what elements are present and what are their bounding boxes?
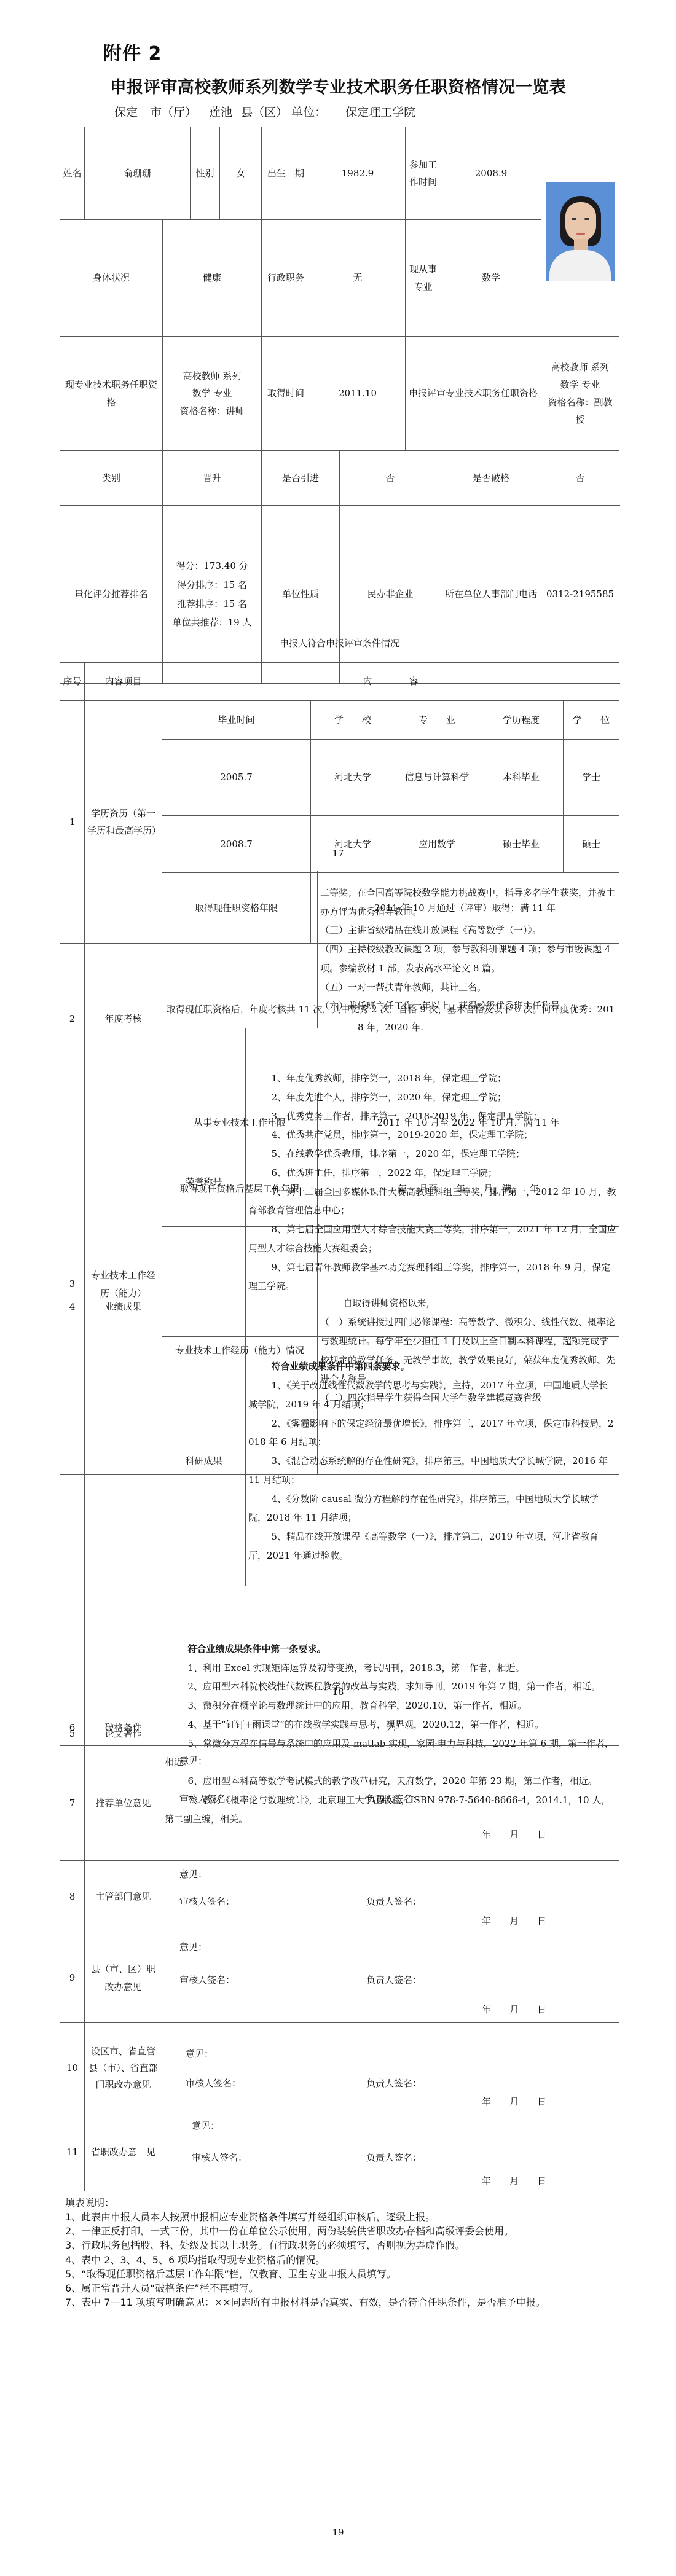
edu-header: 专 业: [395, 701, 479, 740]
ranking-line: 得分：173.40 分: [165, 557, 259, 576]
research-list: 符合业绩成果条件中第四条要求。 1、《关于改进线性代数教学的思考与实践》，主持，…: [246, 1337, 619, 1586]
opinion-cell[interactable]: 意见： 审核人签名： 负责人签名： 年 月 日: [162, 2023, 619, 2113]
col-no-header: 序号: [60, 663, 85, 701]
apply-title-line: 高校教师 系列: [544, 359, 616, 377]
opinion-label: 意见：: [186, 2045, 213, 2063]
opinion-label: 意见：: [179, 1866, 207, 1884]
name-value: 俞珊珊: [85, 127, 191, 220]
city-suffix: 市（厅）: [150, 106, 197, 119]
achievements-label: 业绩成果: [85, 1028, 162, 1586]
opinion-row-label: 推荐单位意见: [85, 1746, 162, 1861]
date-field: 年 月 日: [482, 2093, 546, 2111]
row-no: 7: [60, 1746, 85, 1861]
edu-cell: 河北大学: [311, 740, 395, 816]
apply-title-value: 高校教师 系列 数学 专业 资格名称：副教授: [541, 337, 619, 451]
honor-item: 1、年度优秀教师，排序第一，2018 年，保定理工学院；: [248, 1069, 616, 1088]
introduced-value: 否: [340, 451, 441, 506]
experience-paragraph: （四）主持校级教改课题 2 项，参与教科研课题 4 项；参与市级课题 4 项。参…: [320, 940, 616, 978]
county-value: 莲池: [200, 103, 241, 120]
col-content-header: 内 容: [162, 663, 619, 701]
conditions-section-title: 申报人符合申报评审条件情况: [60, 624, 619, 663]
current-major-value: 数学: [441, 220, 541, 337]
work-start-label: 参加工作时间: [406, 127, 441, 220]
obtain-time-value: 2011.10: [310, 337, 406, 451]
reviewer-signature-label: 审核人签名：: [179, 1971, 235, 1989]
honor-item: 2、年度先进个人，排序第一，2020 年，保定理工学院；: [248, 1088, 616, 1107]
research-item: 2、《雾霾影响下的保定经济最优增长》，排序第三，2017 年立项，保定市科技局，…: [248, 1414, 616, 1452]
honor-item: 7、第十二届全国多媒体课件大赛高教理科组三等奖，排序第一，2012 年 10 月…: [248, 1183, 616, 1221]
opinion-row-label: 主管部门意见: [85, 1861, 162, 1933]
reviewer-signature-label: 审核人签名：: [192, 2149, 247, 2167]
edu-cell: 信息与计算科学: [395, 740, 479, 816]
experience-paragraph: （三）主讲省级精品在线开放课程《高等数学（一）》。: [320, 921, 616, 940]
gender-value: 女: [220, 127, 262, 220]
opinion-cell[interactable]: 意见： 审核人签名： 负责人签名： 年 月 日: [162, 1933, 619, 2023]
leader-signature-label: 负责人签名：: [366, 2075, 422, 2093]
reviewer-signature-label: 审核人签名：: [179, 1893, 235, 1911]
birth-label: 出生日期: [262, 127, 310, 220]
edu-header: 学 校: [311, 701, 395, 740]
research-item: 3、《混合动态系统解的存在性研究》，排序第三，中国地质大学长城学院，2016 年…: [248, 1452, 616, 1490]
research-item: 5、精品在线开放课程《高等数学（一）》，排序第二，2019 年立项，河北省教育厅…: [248, 1527, 616, 1565]
date-field: 年 月 日: [482, 2001, 546, 2019]
edu-cell: 硕士毕业: [479, 816, 564, 873]
category-label: 类别: [60, 451, 163, 506]
current-title-line: 资格名称：讲师: [165, 402, 259, 420]
exceptional-label: 是否破格: [441, 451, 541, 506]
note-item: 5、“取得现任职资格后基层工作年限”栏，仅教育、卫生专业申报人员填写。: [65, 2267, 614, 2281]
obtain-time-label: 取得时间: [262, 337, 310, 451]
note-item: 6、属正常晋升人员“破格条件”栏不再填写。: [65, 2281, 614, 2295]
date-field: 年 月 日: [482, 1826, 546, 1844]
edu-cell: 学士: [564, 740, 619, 816]
leader-signature-label: 负责人签名：: [366, 2149, 422, 2167]
opinion-label: 意见：: [179, 1752, 207, 1770]
note-item: 2、一律正反打印，一式三份，其中一份在单位公示使用，两份装袋供省职改办存档和高级…: [65, 2224, 614, 2238]
row-no: 11: [60, 2113, 85, 2191]
unit-value: 保定理工学院: [326, 103, 434, 120]
reviewer-signature-label: 审核人签名：: [186, 2075, 241, 2093]
leader-signature-label: 负责人签名：: [366, 1971, 422, 1989]
leader-signature-label: 负责人签名：: [366, 1790, 422, 1808]
experience-paragraph: （五）一对一帮扶青年教师，共计三名。: [320, 978, 616, 997]
date-field: 年 月 日: [482, 2172, 546, 2190]
current-title-line: 高校教师 系列: [165, 367, 259, 385]
honor-item: 4、优秀共产党员，排序第一，2019-2020 年，保定理工学院；: [248, 1126, 616, 1145]
honor-item: 6、优秀班主任，排序第一，2022 年，保定理工学院；: [248, 1164, 616, 1183]
exception-value: 无: [162, 1710, 619, 1746]
exceptional-value: 否: [541, 451, 619, 506]
opinion-label: 意见：: [179, 1938, 207, 1956]
category-value: 晋升: [163, 451, 262, 506]
edu-cell: 应用数学: [395, 816, 479, 873]
opinion-label: 意见：: [192, 2117, 219, 2135]
unit-label: 单位：: [291, 106, 326, 119]
opinion-row-label: 省职改办意 见: [85, 2113, 162, 2191]
row-no: 8: [60, 1861, 85, 1933]
portrait-photo-icon: [546, 182, 615, 281]
opinions-table: 6 破格条件 无 7 推荐单位意见 意见： 审核人签名： 负责人签名： 年 月 …: [60, 1710, 619, 2314]
row-no: 6: [60, 1710, 85, 1746]
note-item: 4、表中 2、3、4、5、6 项均指取得现专业资格后的情况。: [65, 2253, 614, 2267]
birth-value: 1982.9: [310, 127, 406, 220]
exception-label: 破格条件: [85, 1710, 162, 1746]
apply-title-line: 资格名称：副教授: [544, 394, 616, 429]
papers-heading: 符合业绩成果条件中第一条要求。: [165, 1640, 616, 1659]
opinion-cell[interactable]: 意见： 审核人签名： 负责人签名： 年 月 日: [162, 1861, 619, 1933]
row-no: 10: [60, 2023, 85, 2113]
opinion-row-label: 县（市、区）职改办意见: [85, 1933, 162, 2023]
experience-detail-page2: 二等奖；在全国高等院校数学能力挑战赛中，指导多名学生获奖，并被主办方评为优秀指导…: [318, 871, 619, 1028]
research-label: 科研成果: [162, 1337, 246, 1586]
opinion-cell[interactable]: 意见： 审核人签名： 负责人签名： 年 月 日: [162, 2113, 619, 2191]
introduced-label: 是否引进: [262, 451, 340, 506]
note-item: 7、表中 7—11 项填写明确意见：××同志所有申报材料是否真实、有效，是否符合…: [65, 2295, 614, 2309]
attachment-label: 附件 2: [103, 38, 162, 65]
edu-cell: 2005.7: [162, 740, 311, 816]
apply-title-line: 数学 专业: [544, 376, 616, 394]
paper-item: 1、利用 Excel 实现矩阵运算及初等变换，考试周刊，2018.3，第一作者，…: [165, 1659, 616, 1678]
research-heading: 符合业绩成果条件中第四条要求。: [248, 1357, 616, 1376]
leader-signature-label: 负责人签名：: [366, 1893, 422, 1911]
edu-cell: 河北大学: [311, 816, 395, 873]
edu-cell: 2008.7: [162, 816, 311, 873]
city-value: 保定: [102, 103, 150, 120]
col-item-header: 内容项目: [85, 663, 162, 701]
note-item: 1、此表由申报人员本人按照申报相应专业资格条件填写并经组织审核后，逐级上报。: [65, 2210, 614, 2224]
edu-header: 学历程度: [479, 701, 564, 740]
experience-paragraph: （六）兼任班主任工作一年以上，获得校级优秀班主任称号。: [320, 996, 616, 1016]
edu-header: 学 位: [564, 701, 619, 740]
current-title-line: 数学 专业: [165, 385, 259, 402]
health-label: 身体状况: [60, 220, 163, 337]
ranking-line: 得分排序：15 名: [165, 576, 259, 595]
research-item: 4、《分数阶 causal 微分方程解的存在性研究》，排序第三，中国地质大学长城…: [248, 1490, 616, 1528]
opinion-cell[interactable]: 意见： 审核人签名： 负责人签名： 年 月 日: [162, 1746, 619, 1861]
reviewer-signature-label: 审核人签名：: [179, 1790, 235, 1808]
filling-notes: 填表说明： 1、此表由申报人员本人按照申报相应专业资格条件填写并经组织审核后，逐…: [60, 2191, 619, 2314]
current-title-label: 现专业技术职务任职资格: [60, 337, 163, 451]
current-title-value: 高校教师 系列 数学 专业 资格名称：讲师: [163, 337, 262, 451]
health-value: 健康: [163, 220, 262, 337]
honor-item: 8、第七届全国应用型人才综合技能大赛三等奖，排序第一，2021 年 12 月，全…: [248, 1220, 616, 1258]
edu-cell: 本科毕业: [479, 740, 564, 816]
basic-info-table: 姓名 俞珊珊 性别 女 出生日期 1982.9 参加工作时间 2008.9 身体…: [60, 127, 619, 684]
current-major-label: 现从事专业: [406, 220, 441, 337]
experience-paragraph: 二等奖；在全国高等院校数学能力挑战赛中，指导多名学生获奖，并被主办方评为优秀指导…: [320, 883, 616, 922]
page-number: 19: [0, 2527, 676, 2538]
research-item: 1、《关于改进线性代数教学的思考与实践》，主持，2017 年立项，中国地质大学长…: [248, 1376, 616, 1414]
date-field: 年 月 日: [482, 1912, 546, 1930]
row-no: 4: [60, 1028, 85, 1586]
gender-label: 性别: [191, 127, 220, 220]
county-suffix: 县（区）: [241, 106, 288, 119]
honor-item: 3、优秀党务工作者，排序第一，2018-2019 年，保定理工学院；: [248, 1107, 616, 1126]
honor-item: 9、第七届青年教师教学基本功竞赛理科组三等奖，排序第一，2018 年 9 月，保…: [248, 1258, 616, 1296]
edu-header: 毕业时间: [162, 701, 311, 740]
ranking-line: 推荐排序：15 名: [165, 595, 259, 614]
edu-cell: 硕士: [564, 816, 619, 873]
name-label: 姓名: [60, 127, 85, 220]
unit-line: 保定市（厅） 莲池县（区） 单位：保定理工学院: [102, 103, 434, 120]
opinion-row-label: 设区市、省直管县（市）、省直部门职改办意见: [85, 2023, 162, 2113]
apply-title-label: 申报评审专业技术职务任职资格: [406, 337, 541, 451]
document-title: 申报评审高校教师系列数学专业技术职务任职资格情况一览表: [0, 74, 676, 98]
photo-cell: [541, 127, 619, 337]
honor-item: 5、在线教学优秀教师，排序第一，2020 年，保定理工学院；: [248, 1145, 616, 1164]
page-number: 18: [0, 1686, 676, 1697]
admin-post-value: 无: [310, 220, 406, 337]
page-number: 17: [0, 848, 676, 859]
admin-post-label: 行政职务: [262, 220, 310, 337]
work-start-value: 2008.9: [441, 127, 541, 220]
note-item: 3、行政职务包括股、科、处级及其以上职务。有行政职务的必须填写，否则视为弄虚作假…: [65, 2238, 614, 2252]
honors-list: 1、年度优秀教师，排序第一，2018 年，保定理工学院； 2、年度先进个人，排序…: [246, 1028, 619, 1337]
row-no: 9: [60, 1933, 85, 2023]
notes-title: 填表说明：: [65, 2196, 614, 2210]
honors-label: 荣誉称号: [162, 1028, 246, 1337]
